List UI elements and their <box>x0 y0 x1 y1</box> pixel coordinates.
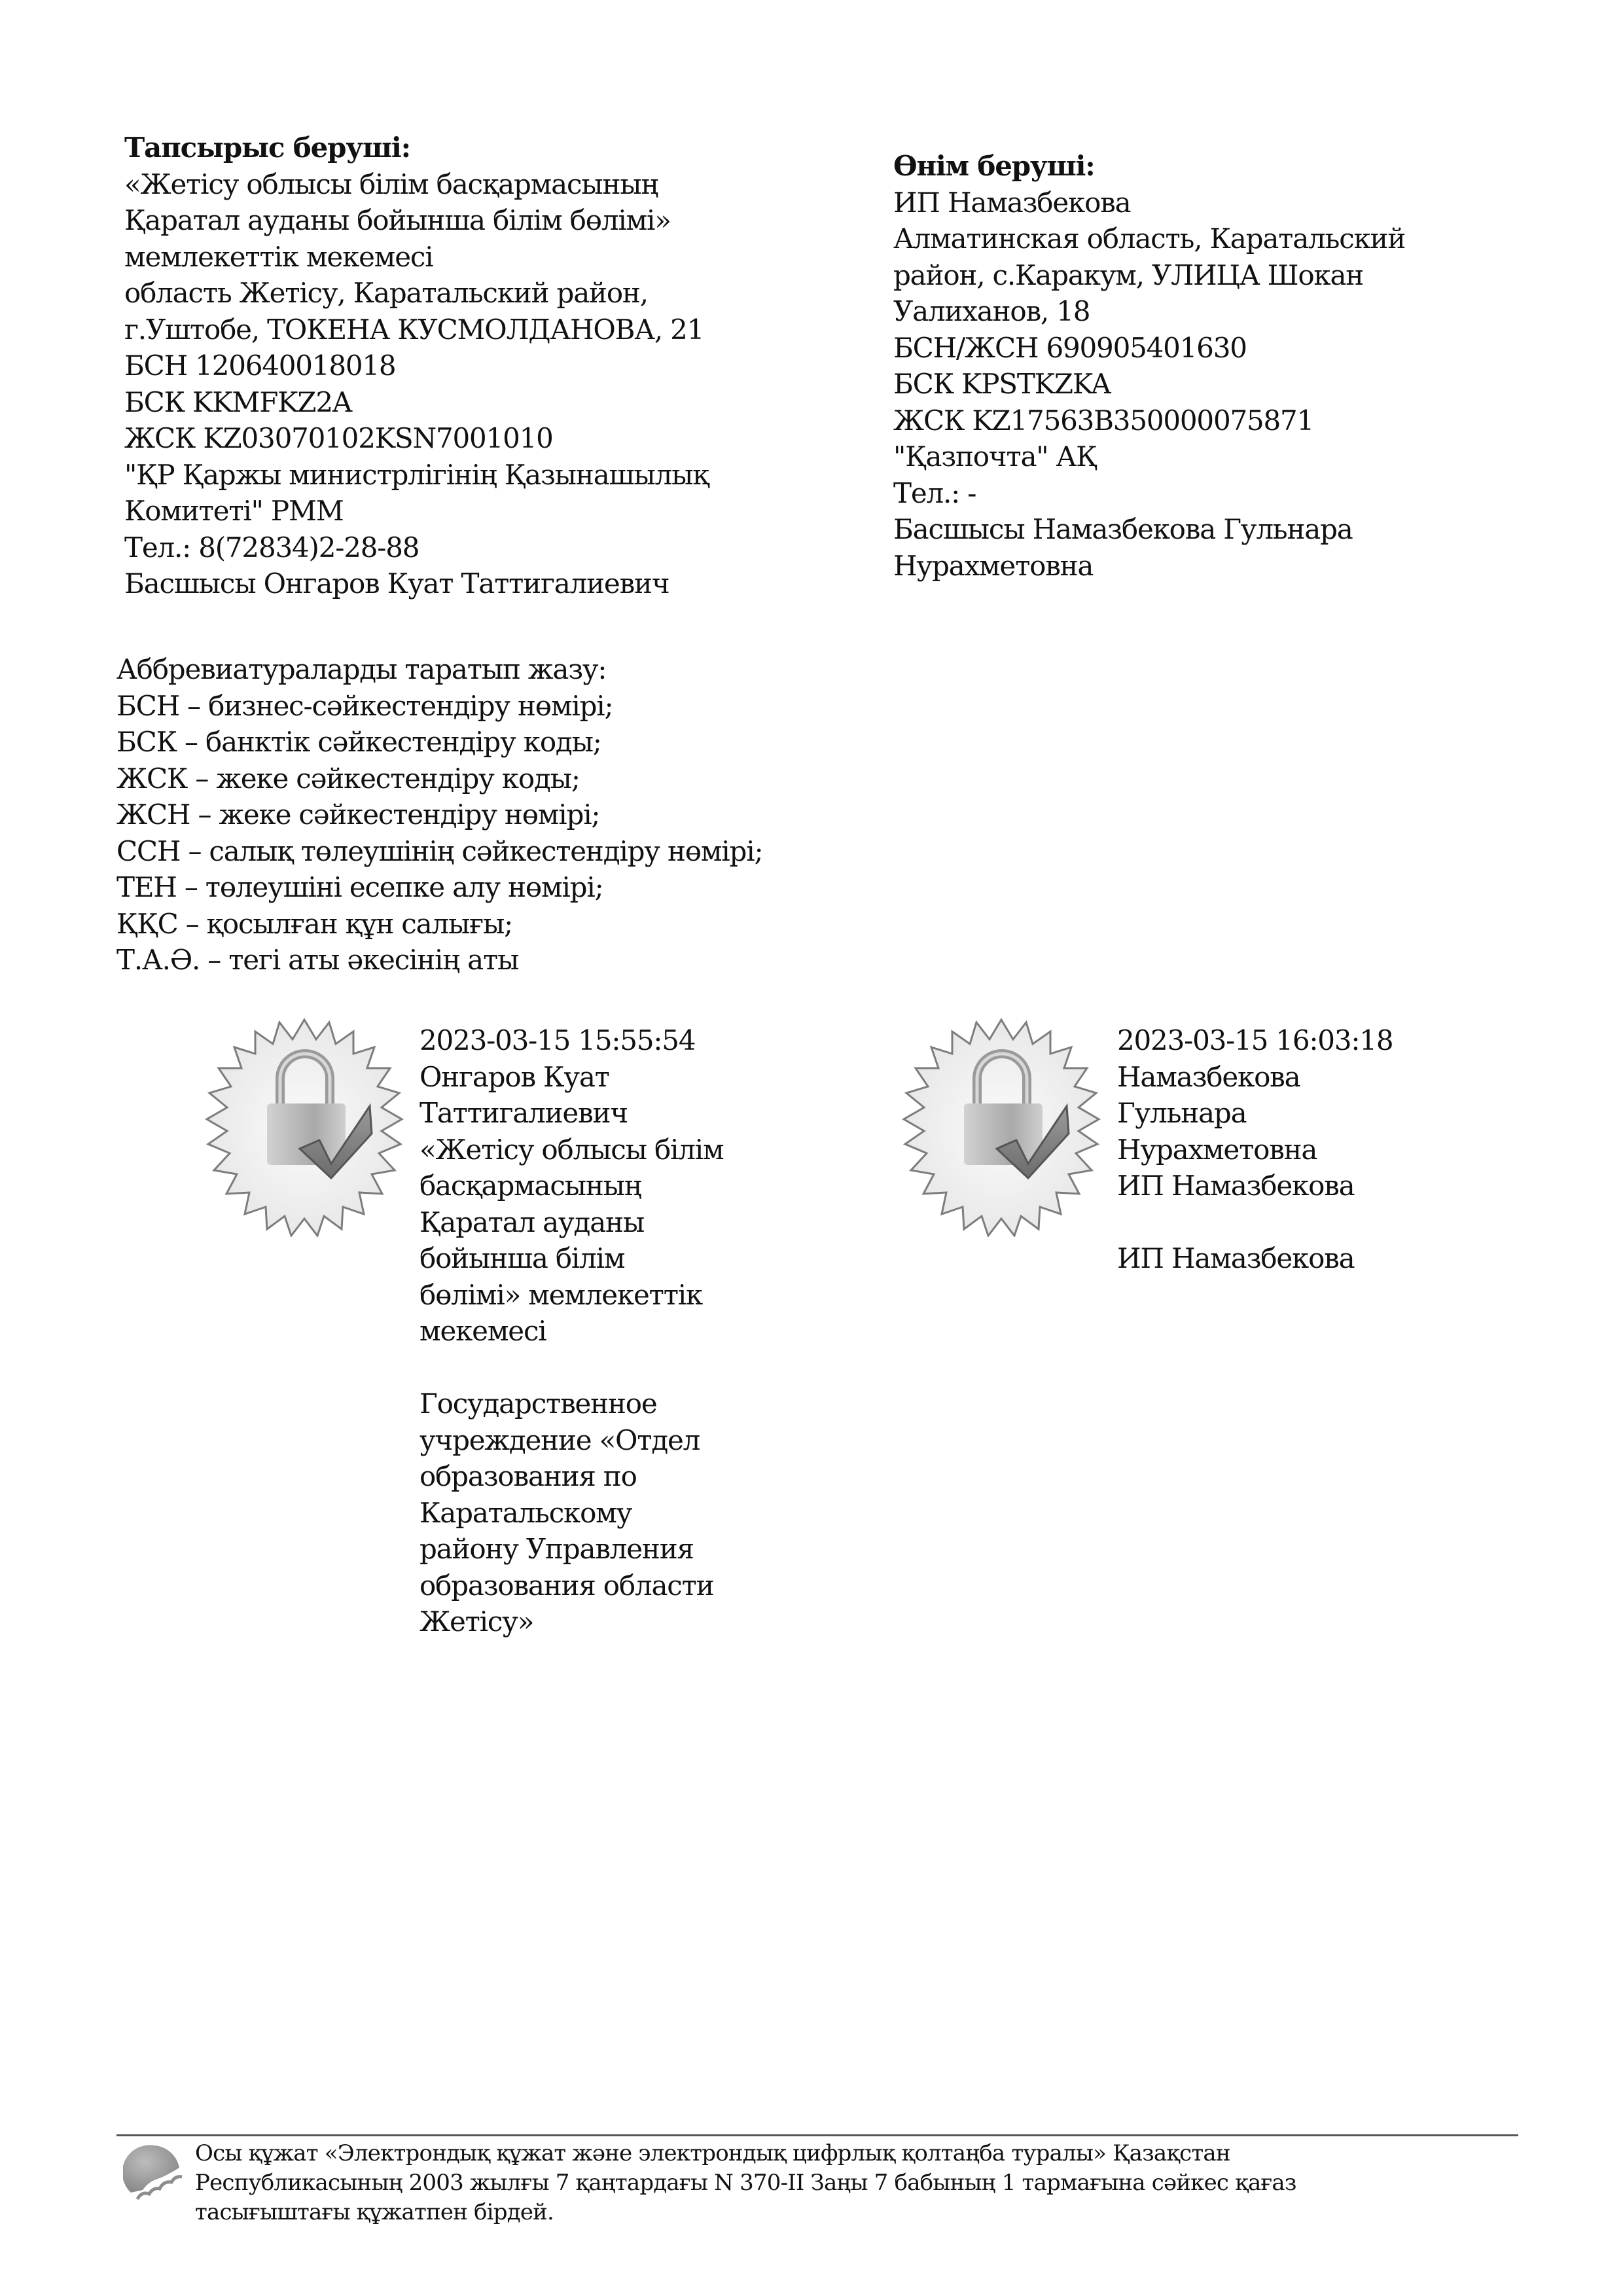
signer-organization-ru: Жетісу» <box>419 1604 723 1640</box>
customer-bank: "ҚР Қаржы министрлігінің Қазынашылық <box>124 457 709 493</box>
abbreviation-item: ТЕН – төлеушіні есепке алу нөмірі; <box>116 869 762 906</box>
signer-organization-ru: Каратальскому <box>419 1495 723 1532</box>
abbreviation-item: ЖСН – жеке сәйкестендіру нөмірі; <box>116 797 762 833</box>
signer-organization: «Жетісу облысы білім <box>419 1132 723 1168</box>
supplier-address: Алматинская область, Каратальский <box>893 221 1405 257</box>
signer-organization: мекемесі <box>419 1313 723 1350</box>
legal-notice-line: Республикасының 2003 жылғы 7 қаңтардағы … <box>195 2168 1296 2198</box>
signature-timestamp: 2023-03-15 15:55:54 <box>419 1022 723 1059</box>
signer-name: Таттигалиевич <box>419 1095 723 1132</box>
lock-check-seal-icon <box>196 1014 412 1237</box>
supplier-head: Нурахметовна <box>893 548 1405 584</box>
signer-organization: бөлімі» мемлекеттік <box>419 1277 723 1314</box>
signature-details-supplier: 2023-03-15 16:03:18 Намазбекова Гульнара… <box>1117 1022 1393 1277</box>
signer-name: Нурахметовна <box>1117 1132 1393 1168</box>
signer-organization-ru: району Управления <box>419 1531 723 1568</box>
customer-line: мемлекеттік мекемесі <box>124 239 709 276</box>
supplier-heading: Өнім беруші: <box>893 148 1405 185</box>
supplier-bank: "Қазпочта" АҚ <box>893 439 1405 475</box>
customer-bin: БСН 120640018018 <box>124 348 709 384</box>
supplier-address: район, с.Каракум, УЛИЦА Шокан <box>893 257 1405 294</box>
signer-organization: Қаратал ауданы <box>419 1204 723 1241</box>
blank-line <box>419 1350 723 1386</box>
legal-notice-line: Осы құжат «Электрондық құжат және электр… <box>195 2139 1296 2168</box>
customer-iban: ЖСК KZ03070102KSN7001010 <box>124 420 709 457</box>
signature-details-customer: 2023-03-15 15:55:54 Онгаров Куат Таттига… <box>419 1022 723 1640</box>
customer-heading: Тапсырыс беруші: <box>124 130 709 166</box>
customer-bank: Комитеті" РММ <box>124 493 709 529</box>
customer-phone: Тел.: 8(72834)2-28-88 <box>124 529 709 566</box>
abbreviations-title: Аббревиатураларды таратып жазу: <box>116 651 762 688</box>
abbreviation-item: БСН – бизнес-сәйкестендіру нөмірі; <box>116 688 762 725</box>
customer-line: Қаратал ауданы бойынша білім бөлімі» <box>124 202 709 239</box>
customer-address: г.Уштобе, ТОКЕНА КУСМОЛДАНОВА, 21 <box>124 312 709 348</box>
signer-name: Гульнара <box>1117 1095 1393 1132</box>
supplier-details: Өнім беруші: ИП Намазбекова Алматинская … <box>893 148 1405 584</box>
signer-organization-ru: учреждение «Отдел <box>419 1422 723 1459</box>
signer-organization: ИП Намазбекова <box>1117 1168 1393 1204</box>
customer-details: Тапсырыс беруші: «Жетісу облысы білім ба… <box>124 130 709 602</box>
signer-organization: басқармасының <box>419 1168 723 1204</box>
supplier-bic: БСК KPSTKZKA <box>893 366 1405 403</box>
signer-organization-ru: образования области <box>419 1568 723 1604</box>
supplier-head: Басшысы Намазбекова Гульнара <box>893 511 1405 548</box>
lock-check-seal-icon <box>893 1014 1109 1237</box>
blank-line <box>1117 1204 1393 1241</box>
supplier-iban: ЖСК KZ17563B350000075871 <box>893 403 1405 439</box>
abbreviations-list: Аббревиатураларды таратып жазу: БСН – би… <box>116 651 762 978</box>
signature-timestamp: 2023-03-15 16:03:18 <box>1117 1022 1393 1059</box>
abbreviation-item: ССН – салық төлеушінің сәйкестендіру нөм… <box>116 833 762 870</box>
abbreviation-item: ҚҚС – қосылған құн салығы; <box>116 906 762 942</box>
supplier-bin: БСН/ЖСН 690905401630 <box>893 330 1405 367</box>
legal-notice: Осы құжат «Электрондық құжат және электр… <box>195 2139 1296 2227</box>
signer-organization: бойынша білім <box>419 1240 723 1277</box>
signer-organization-ru: образования по <box>419 1458 723 1495</box>
abbreviation-item: БСК – банктік сәйкестендіру коды; <box>116 724 762 761</box>
signer-name: Онгаров Куат <box>419 1059 723 1096</box>
customer-address: область Жетісу, Каратальский район, <box>124 275 709 312</box>
signer-name: Намазбекова <box>1117 1059 1393 1096</box>
signer-organization-ru: ИП Намазбекова <box>1117 1240 1393 1277</box>
supplier-address: Уалиханов, 18 <box>893 293 1405 330</box>
customer-bic: БСК KKMFKZ2A <box>124 384 709 421</box>
signer-organization-ru: Государственное <box>419 1386 723 1422</box>
customer-head: Басшысы Онгаров Куат Таттигалиевич <box>124 565 709 602</box>
abbreviation-item: ЖСК – жеке сәйкестендіру коды; <box>116 761 762 797</box>
customer-line: «Жетісу облысы білім басқармасының <box>124 166 709 203</box>
legal-notice-line: тасығыштағы құжатпен бірдей. <box>195 2198 1296 2227</box>
abbreviation-item: Т.А.Ә. – тегі аты әкесінің аты <box>116 942 762 978</box>
government-emblem-logo-icon <box>123 2142 186 2204</box>
footer-divider <box>116 2134 1518 2136</box>
supplier-name: ИП Намазбекова <box>893 185 1405 221</box>
supplier-phone: Тел.: - <box>893 475 1405 512</box>
